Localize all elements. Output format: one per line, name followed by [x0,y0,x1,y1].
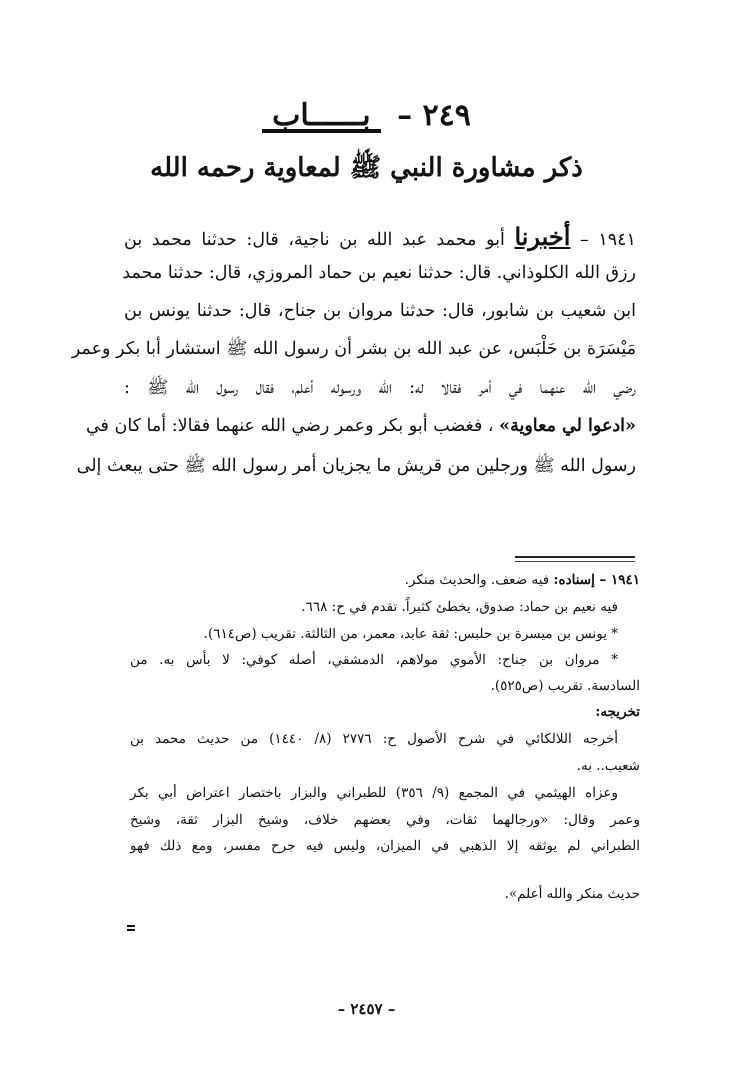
hadith-line-1: ١٩٤١ – أخبرنا أبو محمد عبد الله بن ناجية… [124,222,636,252]
footnote-text: فيه ضعف. والحديث منكر. [405,572,554,588]
footnote-line-1: ١٩٤١ – إسناده: فيه ضعف. والحديث منكر. [405,568,640,592]
chapter-number: ٢٤٩ – [397,98,471,133]
footnote-line-8: شعيب.. به. [577,754,640,778]
quoted-command: «ادعوا لي معاوية» [499,416,636,436]
chapter-label: بــــــاب [262,103,380,133]
end-mark [127,925,135,927]
hadith-opening-word: أخبرنا [514,222,570,251]
footnote-line-2: فيه نعيم بن حماد: صدوق، يخطئ كثيراً. تقد… [301,595,618,619]
hadith-line-2: رزق الله الكلوذاني. قال: حدثنا نعيم بن ح… [124,258,636,288]
footnote-line-3: * يونس بن ميسرة بن حلبس: ثقة عابد، معمر،… [204,622,618,646]
hadith-number: ١٩٤١ – [580,230,636,250]
footnote-line-7: أخرجه اللالكائي في شرح الأصول ح: ٢٧٧٦ (٨… [130,727,618,751]
footnote-line-9: وعزاه الهيثمي في المجمع (٩/ ٣٥٦) للطبران… [130,781,618,805]
page-number: – ٢٤٥٧ – [0,997,733,1021]
chapter-heading: ٢٤٩ – بــــــاب [0,96,733,136]
hadith-line-7: رسول الله ﷺ ورجلين من قريش ما يجزيان أمر… [124,451,636,481]
takhrij-heading: تخريجه: [595,700,640,724]
footnote-line-11: الطبراني لم يوثقه إلا الذهبي في الميزان،… [130,834,640,858]
hadith-text: أبو محمد عبد الله بن ناجية، قال: حدثنا م… [124,230,505,250]
hadith-line-3: ابن شعيب بن شابور، قال: حدثنا مروان بن ج… [124,296,636,326]
footnote-line-5: السادسة. تقريب (ص٥٢٥). [491,674,640,698]
footnote-line-10: وعمر وقال: «ورجالهما ثقات، وفي بعضهم خلا… [130,808,640,832]
footnote-line-12: حديث منكر والله أعلم». [505,882,640,906]
hadith-line-4: مَيْسَرَة بن حَلْبَس، عن عبد الله بن بشر… [124,334,636,364]
footnote-line-4: * مروان بن جناح: الأموي مولاهم، الدمشقي،… [130,648,618,672]
footnote-separator-thin [515,561,635,562]
hadith-text: ، فغضب أبو بكر وعمر رضي الله عنهما فقالا… [86,416,494,436]
end-mark-lower [127,929,135,931]
chapter-title: ذكر مشاورة النبي ﷺ لمعاوية رحمه الله [0,150,733,186]
book-page: ٢٤٩ – بــــــاب ذكر مشاورة النبي ﷺ لمعاو… [0,0,733,1083]
hadith-line-6: «ادعوا لي معاوية» ، فغضب أبو بكر وعمر رض… [124,411,636,441]
footnote-heading: ١٩٤١ – إسناده: [554,572,640,588]
footnote-separator [515,556,635,558]
hadith-line-5: رضي الله عنهما في أمر فقالا له: الله ورس… [124,373,636,403]
